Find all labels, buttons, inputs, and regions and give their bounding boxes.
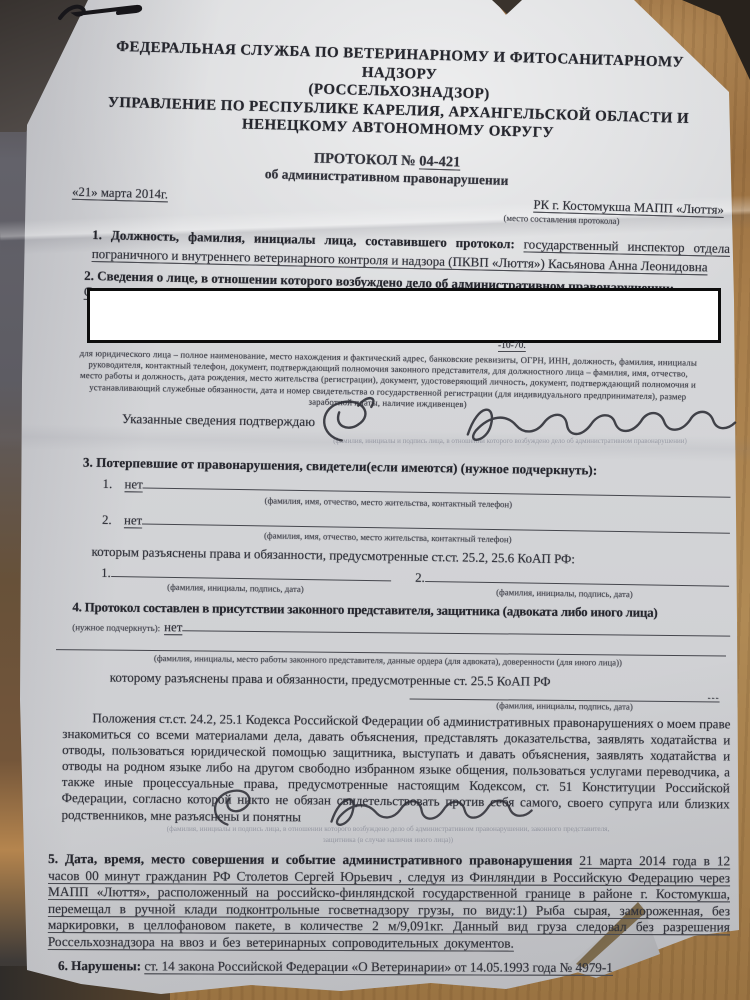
protocol-number: 04-421 [419, 153, 461, 170]
protocol-content: ФЕДЕРАЛЬНАЯ СЛУЖБА ПО ВЕТЕРИНАРНОМУ И ФИ… [0, 0, 750, 1000]
section5-value: 21 марта 2014 года в 12 часов 00 минут г… [48, 853, 730, 951]
section4-value: нет [164, 619, 182, 636]
representative-sign-area: --- (фамилия, инициалы, подпись, дата) [409, 690, 719, 713]
section5-label: 5. Дата, время, место совершения и событ… [48, 851, 579, 868]
blank-line [425, 567, 730, 586]
confirm-label: Указанные сведения подтверждаю [122, 411, 315, 429]
photographed-protocol-document: ФЕДЕРАЛЬНАЯ СЛУЖБА ПО ВЕТЕРИНАРНОМУ И ФИ… [0, 0, 750, 1000]
sign-caption: (фамилия, инициалы, подпись, дата) [409, 699, 719, 713]
phone-fragment: -10-70. [498, 338, 526, 354]
underline-hint: (нужное подчеркнуть): [72, 622, 160, 634]
sign1-number: 1. [101, 564, 111, 581]
signature-stoletov-2 [201, 782, 642, 844]
section6-value: ст. 14 закона Российской Федерации «О Ве… [144, 958, 613, 975]
section-5: 5. Дата, время, место совершения и событ… [46, 851, 730, 953]
section-6: 6. Нарушены: ст. 14 закона Российской Фе… [58, 958, 730, 977]
blank-line [111, 562, 392, 580]
sign2-number: 2. [415, 569, 425, 586]
item2-value: нет [124, 512, 142, 529]
section-4: 4. Протокол составлен в присутствии зако… [45, 599, 730, 714]
rights-paragraph: Положения ст.ст. 24.2, 25.1 Кодекса Росс… [61, 710, 730, 829]
protocol-date: «21» марта 2014г. [72, 184, 168, 203]
protocol-label: ПРОТОКОЛ № [314, 150, 420, 169]
item1-value: нет [124, 476, 142, 493]
section6-label: 6. Нарушены: [58, 958, 144, 973]
item1-number: 1. [102, 476, 124, 493]
signature-stoletov [307, 392, 750, 465]
document-header: ФЕДЕРАЛЬНАЯ СЛУЖБА ПО ВЕТЕРИНАРНОМУ И ФИ… [44, 36, 733, 230]
confirm-row: Указанные сведения подтверждаю [122, 411, 730, 441]
redaction-box: -10-70. [87, 288, 721, 343]
section-3: 3. Потерпевшие от правонарушения, свидет… [45, 454, 731, 602]
section4-rights: которому разъяснены права и обязанности,… [110, 669, 730, 691]
pen-mark-top-left [52, 2, 144, 24]
item2-number: 2. [102, 511, 124, 528]
